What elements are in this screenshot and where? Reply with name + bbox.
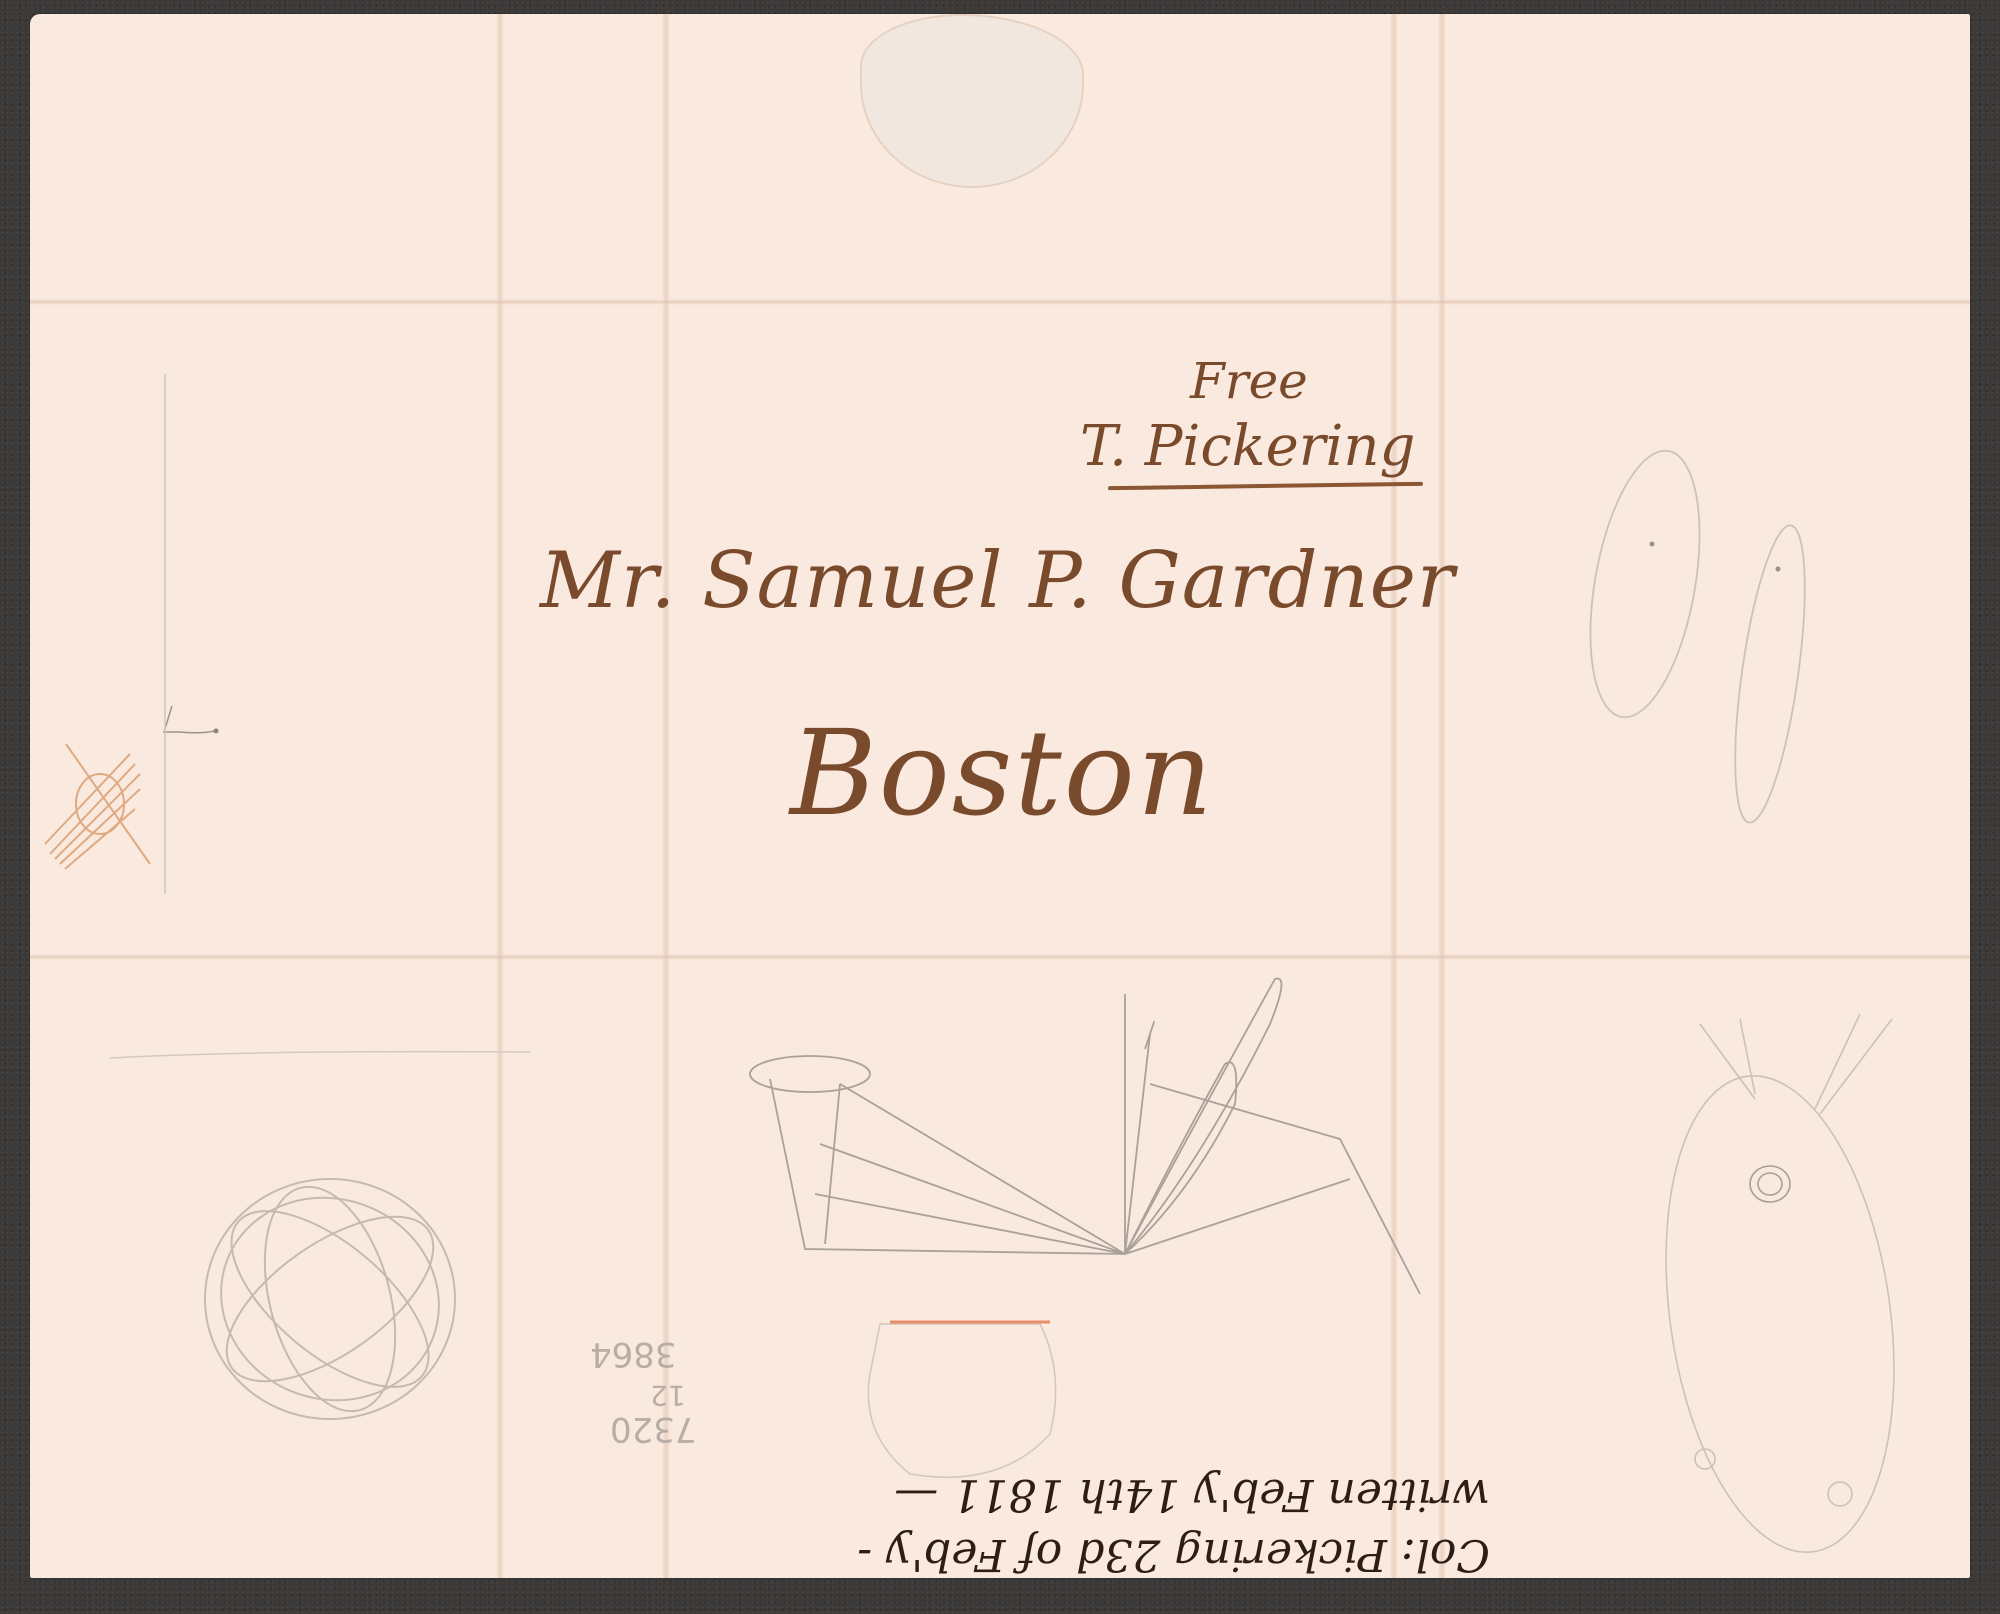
docket-line-2: written Feb'y 14th 1811 — bbox=[730, 1464, 1490, 1524]
pencil-line bbox=[110, 1044, 530, 1064]
interlaced-ellipses-sketch bbox=[180, 1149, 480, 1449]
address-city: Boston bbox=[790, 704, 1215, 842]
horizontal-fold-line bbox=[30, 954, 1970, 960]
franking-signature: T. Pickering bbox=[1080, 414, 1415, 479]
pencil-line bbox=[162, 374, 168, 894]
vertical-fold-line bbox=[1438, 14, 1446, 1578]
addressee-name: Mr. Samuel P. Gardner bbox=[540, 536, 1455, 626]
pencil-sum: 3864 bbox=[590, 1334, 677, 1374]
fan-sketch bbox=[730, 964, 1430, 1304]
horizontal-fold-line bbox=[30, 299, 1970, 305]
vertical-fold-line bbox=[1390, 14, 1398, 1578]
signature-underline bbox=[1108, 482, 1423, 490]
ochre-circle-sketch bbox=[40, 734, 160, 874]
franking-free: Free bbox=[1190, 352, 1308, 410]
letter-sheet: 3864 7320 12 Free T. Pickering bbox=[30, 14, 1970, 1578]
pencil-sum: 12 bbox=[650, 1379, 686, 1412]
pencil-sum: 7320 bbox=[610, 1409, 697, 1449]
vertical-fold-line bbox=[496, 14, 504, 1578]
docket-note: Col: Pickering 23d of Feb'y - written Fe… bbox=[730, 1464, 1490, 1578]
docket-line-1: Col: Pickering 23d of Feb'y - bbox=[730, 1524, 1490, 1578]
oval-spiral-sketch bbox=[1630, 1004, 1930, 1564]
pencil-mark bbox=[160, 704, 240, 744]
two-ovals-sketch bbox=[1570, 434, 1830, 834]
wax-seal-remnant bbox=[860, 14, 1084, 188]
